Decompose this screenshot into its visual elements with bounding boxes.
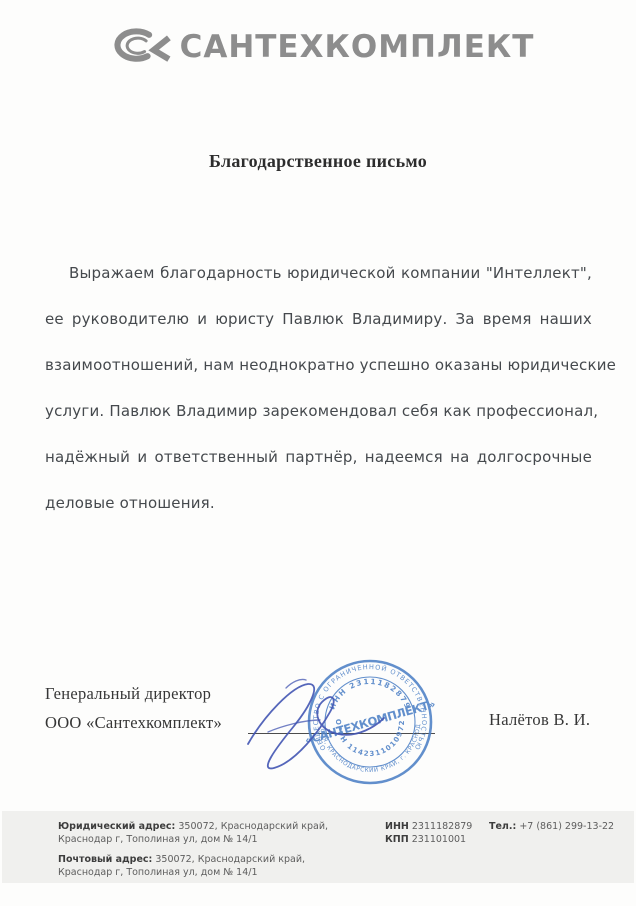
signer-name: Налётов В. И.	[489, 710, 590, 730]
legal-address-line2: Краснодар г, Тополиная ул, дом № 14/1	[58, 834, 258, 845]
letter-body: Выражаем благодарность юридической компа…	[45, 250, 592, 526]
inn-value: 2311182879	[412, 821, 472, 832]
signer-role-line2: ООО «Сантехкомплект»	[45, 713, 222, 733]
legal-address: Юридический адрес: 350072, Краснодарский…	[58, 821, 338, 846]
legal-address-label: Юридический адрес:	[58, 821, 175, 832]
inn-label: ИНН	[385, 821, 409, 832]
body-line: деловые отношения.	[45, 480, 592, 526]
scanned-letter-page: САНТЕХКОМПЛЕКТ Благодарственное письмо В…	[0, 0, 636, 906]
footer-addresses: Юридический адрес: 350072, Краснодарский…	[58, 821, 338, 879]
logo-mark-icon	[102, 24, 178, 70]
signer-role-line1: Генеральный директор	[45, 684, 211, 704]
body-line: Выражаем благодарность юридической компа…	[45, 250, 592, 296]
body-line: взаимоотношений, нам неоднократно успешн…	[45, 342, 592, 388]
company-logo-text: САНТЕХКОМПЛЕКТ	[180, 24, 535, 70]
footer-requisites: Юридический адрес: 350072, Краснодарский…	[2, 811, 634, 883]
legal-address-line1: 350072, Краснодарский край,	[178, 821, 328, 832]
phone-value: +7 (861) 299-13-22	[519, 821, 614, 832]
body-line: надёжный и ответственный партнёр, надеем…	[45, 434, 592, 480]
footer-tax-ids: ИНН 2311182879 КПП 231101001	[385, 821, 472, 846]
postal-address: Почтовый адрес: 350072, Краснодарский кр…	[58, 854, 338, 879]
postal-address-label: Почтовый адрес:	[58, 854, 152, 865]
postal-address-line1: 350072, Краснодарский край,	[155, 854, 305, 865]
phone-label: Тел.:	[489, 821, 516, 832]
body-line: ее руководителю и юристу Павлюк Владимир…	[45, 296, 592, 342]
footer-phone: Тел.: +7 (861) 299-13-22	[489, 821, 614, 834]
company-logo: САНТЕХКОМПЛЕКТ	[0, 24, 636, 70]
kpp-label: КПП	[385, 834, 409, 845]
inn-row: ИНН 2311182879	[385, 821, 472, 834]
body-line: услуги. Павлюк Владимир зарекомендовал с…	[45, 388, 592, 434]
postal-address-line2: Краснодар г, Тополиная ул, дом № 14/1	[58, 867, 258, 878]
kpp-value: 231101001	[412, 834, 466, 845]
signature-ink	[234, 668, 449, 788]
document-title: Благодарственное письмо	[0, 151, 636, 172]
kpp-row: КПП 231101001	[385, 834, 472, 847]
